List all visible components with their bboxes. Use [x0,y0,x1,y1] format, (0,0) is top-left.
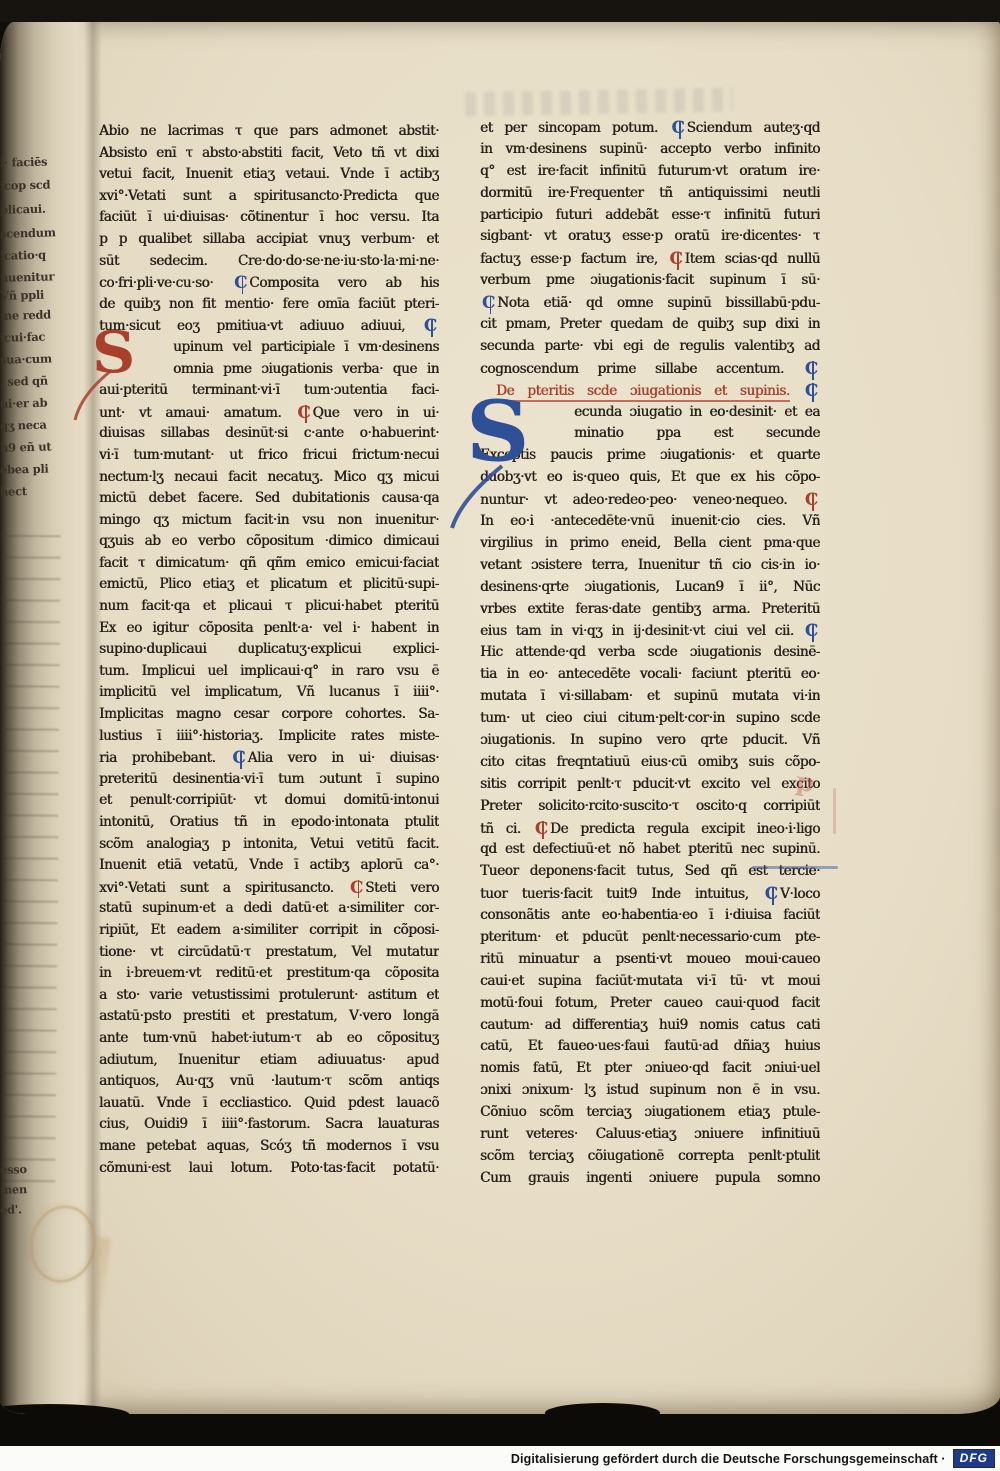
text-line: CNota etiã· qd omne supinū bissillabū·pd… [480,292,820,314]
gutter-fragment: icui·fac [0,329,62,345]
margin-mark [833,788,836,834]
text-line: Hic attende·qd verba scde ɔiugationis de… [480,642,820,664]
text-line: sūt sedecim. Cre·do·do·se·ne·iu·sto·la·m… [99,251,439,273]
text-line: runt veteres· Caluus·etiaʒ ɔniuere infin… [480,1124,820,1146]
gutter-fragment: i· faciēs [0,154,62,170]
text-line: vi·ī tum·mutant· ut frico fricui frictum… [99,445,439,467]
text-line: ritū minuatur a psenti·vt moueo moui·cau… [480,949,820,971]
paragraph-mark: C [232,273,249,294]
text-line: ecunda ɔiugatio in eo·desinit· et ea ter… [480,402,820,424]
text-line: unt· vt amaui· amatum. CQue vero in ui· [99,402,439,424]
footer-bar: Digitalisierung gefördert durch die Deut… [0,1446,1000,1471]
text-line: faciūt ī ui·diuisas· cõtinentur ī hoc ve… [99,207,439,229]
text-line: ɔnixi ɔnixum· lʒ istud supinum non ē in … [480,1080,820,1102]
text-line: lauatū. Vnde ī eccliastico. Quid pdest l… [99,1093,439,1115]
gutter-fragment: , sed qñ [0,373,62,389]
text-line: secunda parte· vbi egi de regulis valent… [480,336,820,358]
paragraph-mark: C [803,359,820,380]
drop-cap-initial-blue-s: S [466,396,530,467]
text-line: duobʒ·vt eo is·queo quis, Et que ex his … [480,467,820,489]
paragraph-mark: C [295,403,312,424]
text-line: participio futuri addebãt esse·τ infinit… [480,205,820,227]
text-line: emictū, Plico etiaʒ et plicatum et plici… [99,574,439,596]
text-line: consonãtis ante eo·habentia·eo ī i·diuis… [480,905,820,927]
text-line: implicitū vel implicatum, Vñ lucanus ī i… [99,682,439,704]
text-line: tum· ut cieo ciui citum·pelt·cor·in supi… [480,708,820,730]
text-line: tia in eo· antecedēte vocali· faciunt pt… [480,664,820,686]
text-line: Cum grauis ingenti ɔniuere pupula somno [480,1168,820,1190]
text-line: sitis corripit penlt·τ pducit·vt excito … [480,774,820,796]
text-line: In eo·i ·antecedēte·vnū inuenit·cio cies… [480,511,820,533]
text-line: et per sincopam potum. CSciendum auteʒ·q… [480,117,820,139]
paragraph-mark: C [348,878,365,899]
text-line: cõmuni·est laui lotum. Poto·tas·facit po… [99,1158,439,1180]
gutter-fragment: nuenitur [0,269,62,285]
text-line: intonitū, Oratius tñ in epodo·intonata p… [99,812,439,834]
text-line: tñ ci. CDe predicta regula excipit ineo·… [480,818,820,840]
page-bottom-notch [545,1403,660,1414]
text-line: tum. Implicui uel implicaui·q° in raro v… [99,661,439,683]
text-line: num facit·qa et plicaui τ plicui·habet p… [99,596,439,618]
text-line: mane petebat aquas, Scóʒ tñ modernos ī v… [99,1136,439,1158]
text-line: virgilius in primo eneid, Bella cient pm… [480,533,820,555]
text-line: nomis fatū, Et pter ɔniueo·qd facit ɔniu… [480,1058,820,1080]
gutter-fragment: scendum [0,225,62,241]
text-line: pteritum· et pducūt penlt·necessario·cum… [480,927,820,949]
text-line: cognoscendum prime sillabe accentum. C [480,358,820,380]
text-line: dormitū ire·Frequenter tñ antiquissimi n… [480,183,820,205]
text-line: diuisas sillabas desinūt·si c·ante o·hab… [99,423,439,445]
manuscript-scan: { "document": { "kind": "incunable page,… [0,0,1000,1471]
gutter-fragment: icop scd [0,177,62,193]
margin-mark [752,866,838,869]
text-line: motū·foui fotum, Preter caueo caui·quod … [480,993,820,1015]
text-line: Preter solicito·rcito·suscito·τ oscito·q… [480,796,820,818]
text-line: Tueor deponens·facit tutus, Sed qñ est t… [480,861,820,883]
initial-tail-blue [448,462,510,534]
text-line: qʒuis ab eo verbo cõpositum ·dimico dimi… [99,531,439,553]
text-line: Exceptis paucis prime ɔiugationis· et qu… [480,445,820,467]
chapter-heading: De pteritis scde ɔiugationis et supinis.… [480,380,820,402]
paragraph-mark: C [803,621,820,642]
text-line: lustius ī iiii°·historiaʒ. Implicite rat… [99,726,439,748]
text-line: tione· vt circūdatū·τ prestatum, Vel mut… [99,942,439,964]
text-column-right: et per sincopam potum. CSciendum auteʒ·q… [480,117,820,1190]
text-line: upinum vel participiale ī vm·desinens [99,337,439,359]
text-line: in vm·desinens supinū· accepto verbo inf… [480,139,820,161]
text-line: scõm terciaʒ cõiugationē correpta penlt·… [480,1146,820,1168]
text-line: omnia pme ɔiugationis verba· que in [99,359,439,381]
paragraph-mark: C [533,819,550,840]
text-line: cit pmam, Preter quedam de quibʒ sup dix… [480,314,820,336]
text-line: ria prohibebant. CAlia vero in ui· diuis… [99,747,439,769]
page-bottom-notch [0,1404,130,1414]
initial-tail-red [72,366,118,424]
gutter-text-noise [1,517,61,1182]
text-line: xvi°·Vetati sunt a spiritusancto·Predict… [99,186,439,208]
paragraph-mark: C [803,490,820,511]
text-line: preteritū desinentia·vi·ī tum ɔutunt ī s… [99,769,439,791]
parchment-page: i· faciēsicop scdplicaui.scendumicatio·q… [0,22,1000,1414]
text-line: aui·pteritū terminant·vi·ī tum·ɔutentia … [99,380,439,402]
gutter-fragment: men [0,1181,62,1197]
text-line: statū supinum·et a dedi datū·et a·simili… [99,898,439,920]
gutter-fragment: qʒ neca [0,417,62,433]
text-line: Ex eo igitur cõposita penlt·a· vel i· ha… [99,618,439,640]
text-line: tum·sicut eoʒ pmitiua·vt adiuuo adiuui, … [99,315,439,337]
gutter-fragment: ui·er ab [0,395,62,411]
text-line: vetant ɔsistere terra, Inuenitur tñ cio … [480,555,820,577]
text-line: et penult·corripiūt· vt domui domitū·int… [99,790,439,812]
text-line: mingo qʒ mictum facit·in vsu non inuenit… [99,510,439,532]
text-line: catū, Et faueo·ues·faui fautū·ad dñiaʒ h… [480,1036,820,1058]
text-line: cius, Ouidi9 ī iiii°·fastorum. Sacra lau… [99,1114,439,1136]
text-line: nectum·lʒ necaui facit necatuʒ. Mico qʒ … [99,467,439,489]
gutter-fragment: esso [0,1161,62,1177]
text-line: q° est ire·facit infinitū futurum·vt ora… [480,161,820,183]
showthrough-smudge [465,88,733,117]
gutter-fragment: ebea pli [0,461,62,477]
text-line: sigbant· vt oratuʒ esse·p oratū ire·dice… [480,226,820,248]
dfg-logo: DFG [953,1449,995,1468]
text-line: de quibʒ non fit mentio· fere omīa faciū… [99,294,439,316]
paragraph-mark: C [763,884,780,905]
text-line: a sto· varie vetustissimi protulerunt· a… [99,985,439,1007]
paragraph-mark: C [803,381,820,402]
text-line: facit τ dimicatum· qñ qñm emico emicui·f… [99,553,439,575]
text-line: mictū debet facere. Sed dubitationis cau… [99,488,439,510]
text-line: ante tum·vnū habet·iutum·τ ab eo cõposit… [99,1028,439,1050]
text-line: caui·et supina faciūt·mutata vi·ī tū· vt… [480,971,820,993]
text-line: astatū·psto prestiti et prestatum, V·ver… [99,1006,439,1028]
text-line: tuor tueris·facit tuit9 Inde intuitus, C… [480,883,820,905]
footer-credit: Digitalisierung gefördert durch die Deut… [511,1452,946,1466]
text-line: Inuenit etiā vetatū, Vnde ī actibʒ aplor… [99,855,439,877]
text-line: xvi°·Vetati sunt a spiritusancto. CSteti… [99,877,439,899]
paragraph-mark: C [667,249,684,270]
text-column-left: Abio ne lacrimas τ que pars admonet abst… [99,121,439,1179]
gutter-fragment: Vñ ppli [0,287,62,303]
text-line: scõm analogiaʒ p intonita, Vetui vetitū … [99,834,439,856]
paragraph-mark: C [669,118,686,139]
text-line: Cõniuo scõm terciaʒ ɔiugationem etiaʒ pt… [480,1102,820,1124]
book-top-edge [0,0,1000,22]
text-line: supino·duplicaui duplicatuʒ·explicui exp… [99,639,439,661]
gutter-fragment: hect [0,483,62,499]
text-line: antiquos, Au·qʒ vnū ·lautum·τ scõm antiq… [99,1071,439,1093]
text-line: nuntur· vt adeo·redeo·peo· veneo·nequeo.… [480,489,820,511]
paragraph-mark: C [422,316,439,337]
gutter-fragment: plicaui. [0,201,62,217]
gutter-fragment: h9 eñ ut [0,439,62,455]
text-line: mutata ī vi·sillabam· et supinū mutata v… [480,686,820,708]
text-line: adiutum, Inuenitur etiam adiuuatus· apud [99,1050,439,1072]
gutter-fragment: me redd [0,307,62,323]
text-line: ripiūt, Et eadem a·similiter corripit in… [99,920,439,942]
text-line: co·fri·pli·ve·cu·so· CComposita vero ab … [99,272,439,294]
text-line: cito citas freqntatiuū eius·cū omibʒ sui… [480,752,820,774]
text-line: ɔiugationis. In supino vero qrte pducit.… [480,730,820,752]
paragraph-mark: C [230,748,247,769]
text-line: Abio ne lacrimas τ que pars admonet abst… [99,121,439,143]
text-line: vetui facit, Inuenit etiaʒ vetaui. Vnde … [99,164,439,186]
text-line: Implicitas magno cesar corpore cohortes.… [99,704,439,726]
text-line: verbum pme ɔiugationis·facit supinum ī s… [480,270,820,292]
text-line: desinens·qrte ɔiugationis, Lucan9 ī ii°,… [480,577,820,599]
text-line: Absisto enī τ absto·abstiti facit, Veto … [99,143,439,165]
text-line: qd est defectiuū·et nõ habet pteritū nec… [480,839,820,861]
text-line: cautum· ad differentiaʒ hui9 nomis catus… [480,1015,820,1037]
gutter-fragment: sua·cum [0,351,62,367]
gutter-fragment: icatio·q [0,247,62,263]
paragraph-mark: C [480,293,497,314]
text-line: p p qualibet sillaba accipiat vnuʒ verbu… [99,229,439,251]
text-line: eius tam in vi·qʒ in ij·desinit·vt ciui … [480,620,820,642]
text-line: vrbes extite feras·date gentibʒ arma. Pr… [480,599,820,621]
text-line: minatio ppa est secunde coniugationis, [480,423,820,445]
text-line: in i·breuem·vt reditū·et prestitum·qa cõ… [99,963,439,985]
text-line: factuʒ esse·p factum ire, CItem scias·qd… [480,248,820,270]
